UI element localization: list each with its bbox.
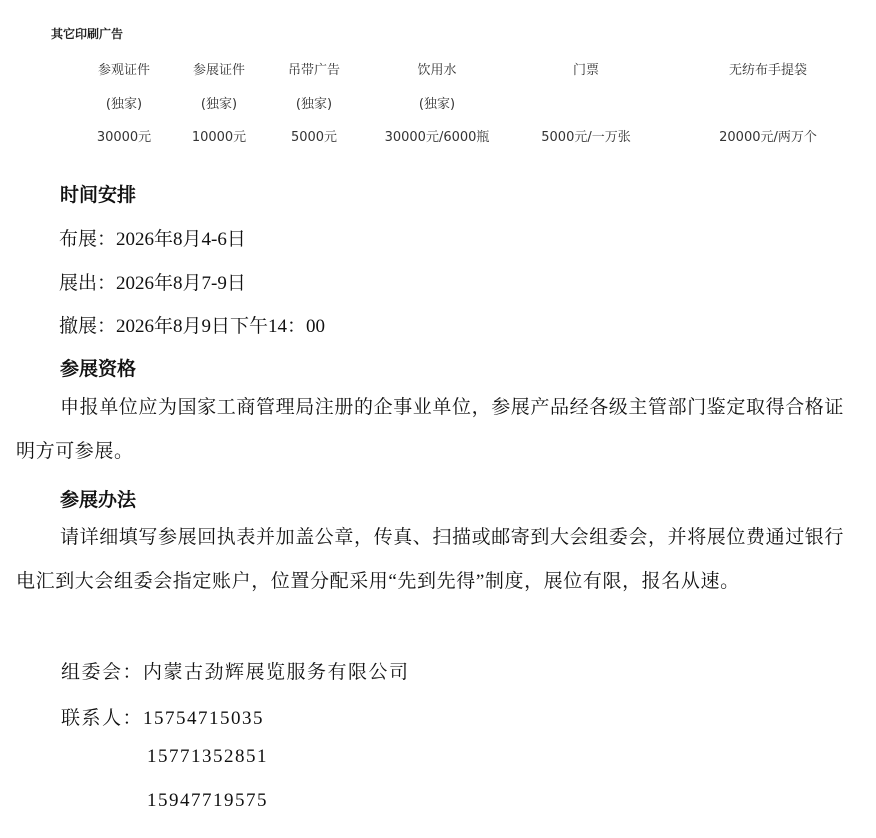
- qualification-text: 申报单位应为国家工商管理局注册的企事业单位，参展产品经各级主管部门鉴定取得合格证…: [16, 386, 856, 474]
- teardown-date: 撤展：2026年8月9日下午14：00: [59, 311, 325, 338]
- ad-item-price: 30000元: [97, 126, 151, 145]
- ad-item-name: 门票: [573, 59, 599, 78]
- contact-phone-3: 15947719575: [147, 790, 268, 812]
- ad-item-note: (独家): [201, 93, 237, 112]
- contact-row: 联系人：15754715035: [61, 703, 264, 730]
- exhibit-date: 展出：2026年8月7-9日: [59, 268, 246, 295]
- ads-title: 其它印刷广告: [51, 25, 123, 42]
- ad-item-name: 饮用水: [417, 59, 456, 78]
- ad-item-price: 30000元/6000瓶: [385, 126, 490, 145]
- schedule-heading: 时间安排: [60, 180, 136, 207]
- organizer-label: 组委会：: [61, 662, 143, 683]
- organizer-row: 组委会：内蒙古劲辉展览服务有限公司: [61, 657, 410, 684]
- ad-item-note: (独家): [106, 93, 142, 112]
- ad-item-name: 无纺布手提袋: [729, 59, 807, 78]
- ad-item-note: (独家): [419, 93, 455, 112]
- organizer-name: 内蒙古劲辉展览服务有限公司: [143, 662, 410, 683]
- method-heading: 参展办法: [60, 485, 136, 512]
- contact-phone-1: 15754715035: [143, 708, 264, 729]
- ad-item-price: 5000元: [291, 126, 337, 145]
- ad-item-price: 10000元: [192, 126, 246, 145]
- contact-phone-2: 15771352851: [147, 746, 268, 768]
- qualification-heading: 参展资格: [60, 354, 136, 381]
- setup-date: 布展：2026年8月4-6日: [59, 224, 246, 251]
- contact-label: 联系人：: [61, 708, 143, 729]
- ad-item-price: 20000元/两万个: [719, 126, 817, 145]
- ad-item-note: (独家): [296, 93, 332, 112]
- ad-item-name: 参展证件: [193, 59, 245, 78]
- ad-item-name: 吊带广告: [288, 59, 340, 78]
- method-text: 请详细填写参展回执表并加盖公章，传真、扫描或邮寄到大会组委会，并将展位费通过银行…: [16, 516, 856, 604]
- ad-item-name: 参观证件: [98, 59, 150, 78]
- ad-item-price: 5000元/一万张: [541, 126, 630, 145]
